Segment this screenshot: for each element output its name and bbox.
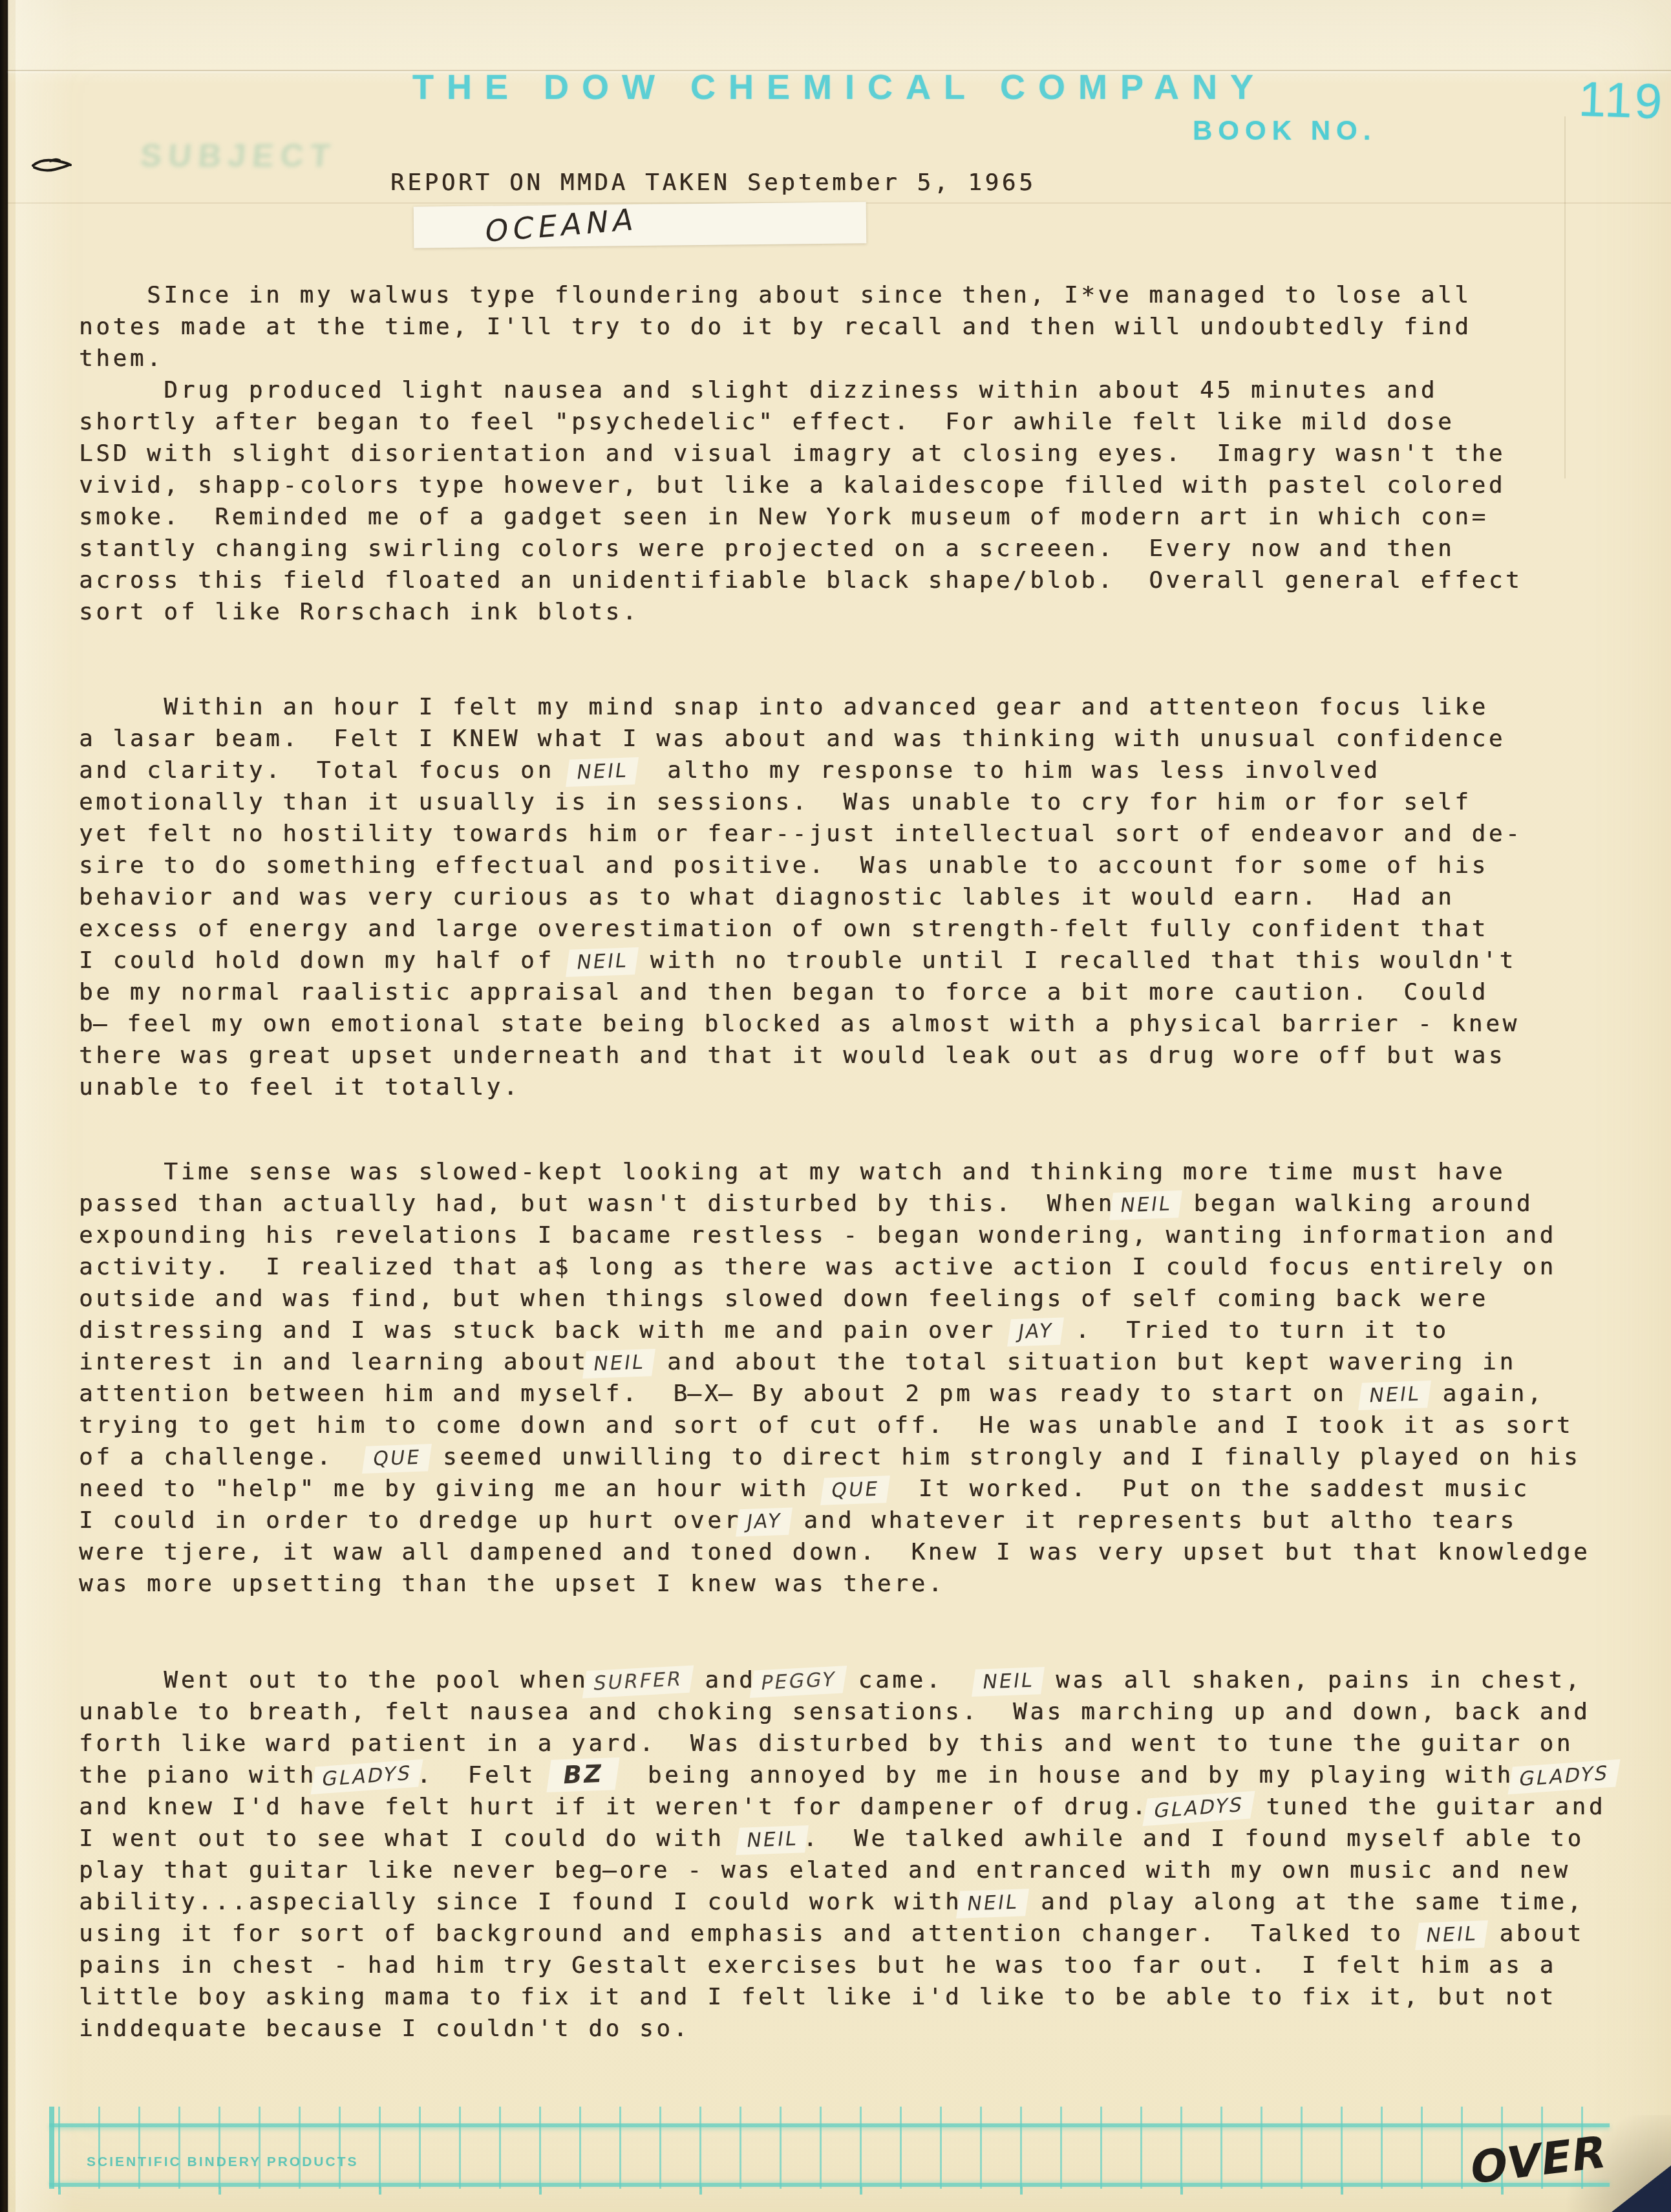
typed-line: emotionally than it usually is in sessio… (79, 786, 1614, 818)
handwritten-name-patch: NEIL (1420, 1924, 1484, 1946)
ink-scribble-mark (31, 156, 72, 176)
typed-line: passed than actually had, but wasn't dis… (79, 1188, 1614, 1219)
handwritten-name-patch: NEIL (1114, 1194, 1178, 1216)
typed-line: and knew I'd have felt hurt if it weren'… (79, 1791, 1614, 1823)
typed-line: a lasar beam. Felt I KNEW what I was abo… (79, 723, 1614, 755)
handwritten-name-patch: NEIL (975, 1671, 1040, 1693)
typed-line: across this field floated an unidentifia… (79, 564, 1614, 596)
typed-line: and clarity. Total focus on NEIL altho m… (79, 755, 1614, 786)
handwritten-name-patch: PEGGY (754, 1670, 843, 1693)
paragraph: SInce in my walwus type floundering abou… (79, 279, 1614, 374)
typed-line: trying to get him to come down and sort … (79, 1410, 1614, 1441)
page-edge-highlight (16, 0, 74, 2212)
typed-line: sire to do something effectual and posit… (79, 850, 1614, 881)
handwritten-name-patch: BZ (551, 1761, 615, 1788)
letterhead-company-name: THE DOW CHEMICAL COMPANY (412, 67, 1266, 107)
typed-line: unable to breath, felt nausea and chokin… (79, 1696, 1614, 1728)
book-no-label: BOOK NO. (1193, 115, 1376, 146)
typed-line: Within an hour I felt my mind snap into … (79, 691, 1614, 723)
typed-line: SInce in my walwus type floundering abou… (79, 279, 1614, 311)
typed-line: ability...aspecially since I found I cou… (79, 1886, 1614, 1918)
typed-line: interest in and learning aboutNEIL and a… (79, 1346, 1614, 1378)
handwritten-name-patch: NEIL (570, 761, 635, 783)
typed-line: vivid, shapp-colors type however, but li… (79, 469, 1614, 501)
paragraph: Time sense was slowed-kept looking at my… (79, 1156, 1614, 1600)
typed-line: need to "help" me by giving me an hour w… (79, 1473, 1614, 1505)
handwritten-name-patch: NEIL (1363, 1384, 1427, 1406)
typed-line: LSD with slight disorientation and visua… (79, 438, 1614, 469)
handwritten-name-patch: NEIL (570, 951, 635, 973)
typed-line: Went out to the pool whenSURFER andPEGGY… (79, 1664, 1614, 1696)
typed-line: the piano withGLADYS. Felt BZ being anno… (79, 1759, 1614, 1791)
typed-line: play that guitar like never beg̶ore - wa… (79, 1854, 1614, 1886)
ledger-grid-vertical-rules (58, 2107, 1607, 2189)
typed-line: forth like ward patient in a yard. Was d… (79, 1728, 1614, 1759)
typed-line: attention between him and myself. B̶X̶ B… (79, 1378, 1614, 1410)
scanned-report-page: { "colors": { "paper": "#f3e9cc", "lette… (0, 0, 1671, 2212)
typed-line: there was great upset underneath and tha… (79, 1040, 1614, 1071)
handwritten-name-patch: GLADYS (1147, 1795, 1251, 1821)
bindery-imprint: SCIENTIFIC BINDERY PRODUCTS (87, 2154, 359, 2170)
binding-edge (0, 0, 9, 2212)
handwritten-name-patch: QUE (367, 1448, 427, 1470)
typed-line: sort of like Rorschach ink blots. (79, 596, 1614, 628)
paragraph: Within an hour I felt my mind snap into … (79, 691, 1614, 1103)
typed-line: outside and was find, but when things sl… (79, 1283, 1614, 1315)
typed-line: smoke. Reminded me of a gadget seen in N… (79, 501, 1614, 533)
page-number-stamp: 119 (1578, 71, 1666, 131)
handwritten-name-patch: NEIL (740, 1829, 805, 1851)
typed-line: inddequate because I couldn't do so. (79, 2013, 1614, 2045)
ledger-grid-band: SCIENTIFIC BINDERY PRODUCTS (49, 2107, 1613, 2193)
typed-line: be my normal raalistic appraisal and the… (79, 976, 1614, 1008)
typed-line: behavior and was very curious as to what… (79, 881, 1614, 913)
bleed-through-ghost-text: SUBJECT (139, 137, 337, 175)
typed-line: notes made at the time, I'll try to do i… (79, 311, 1614, 343)
handwritten-name-patch: NEIL (961, 1893, 1025, 1915)
typed-line: I went out to see what I could do with N… (79, 1823, 1614, 1854)
typed-line: shortly after began to feel "psychedelic… (79, 406, 1614, 438)
handwritten-name-patch: GLADYS (315, 1763, 418, 1790)
handwritten-name-patch: JAY (740, 1512, 788, 1533)
handwritten-name-patch: JAY (1012, 1322, 1059, 1343)
paper-sheet: THE DOW CHEMICAL COMPANY BOOK NO. 119 SU… (8, 0, 1671, 2212)
typed-line: activity. I realized that a$ long as the… (79, 1251, 1614, 1283)
handwritten-annotation: OCEANA (483, 201, 640, 249)
correction-tape-strip: OCEANA (414, 202, 867, 248)
typed-line: were tjere, it waw all dampened and tone… (79, 1536, 1614, 1568)
handwritten-name-patch: SURFER (587, 1670, 689, 1695)
typed-line: excess of energy and large overestimatio… (79, 913, 1614, 945)
typed-line: yet felt no hostility towards him or fea… (79, 818, 1614, 850)
typed-line: little boy asking mama to fix it and I f… (79, 1981, 1614, 2013)
typed-line: distressing and I was stuck back with me… (79, 1315, 1614, 1346)
typed-line: Time sense was slowed-kept looking at my… (79, 1156, 1614, 1188)
ledger-grid-ticks (58, 2187, 1607, 2195)
typed-line: pains in chest - had him try Gestalt exe… (79, 1949, 1614, 1981)
handwritten-name-patch: NEIL (587, 1353, 652, 1375)
handwritten-name-patch: GLADYS (1512, 1763, 1615, 1790)
typed-line: unable to feel it totally. (79, 1071, 1614, 1103)
typed-line: Drug produced light nausea and slight di… (79, 374, 1614, 406)
typed-line: of a challenge. QUE seemed unwilling to … (79, 1441, 1614, 1473)
typed-body: SInce in my walwus type floundering abou… (79, 279, 1614, 2045)
typed-line: b̶ feel my own emotional state being blo… (79, 1008, 1614, 1040)
typed-line: using it for sort of background and emph… (79, 1918, 1614, 1949)
typed-line: them. (79, 343, 1614, 374)
paragraph: Went out to the pool whenSURFER andPEGGY… (79, 1664, 1614, 2045)
report-title: REPORT ON MMDA TAKEN September 5, 1965 (390, 167, 1036, 199)
handwritten-name-patch: QUE (825, 1479, 886, 1501)
paragraph: Drug produced light nausea and slight di… (79, 374, 1614, 628)
ledger-grid-left-border (49, 2107, 54, 2189)
typed-line: I could hold down my half of NEIL with n… (79, 945, 1614, 976)
typed-line: stantly changing swirling colors were pr… (79, 533, 1614, 564)
ledger-grid-top-rule (49, 2123, 1610, 2127)
typed-line: was more upsetting than the upset I knew… (79, 1568, 1614, 1600)
typed-line: expounding his revelations I bacame rest… (79, 1219, 1614, 1251)
typed-line: I could in order to dredge up hurt overJ… (79, 1505, 1614, 1536)
